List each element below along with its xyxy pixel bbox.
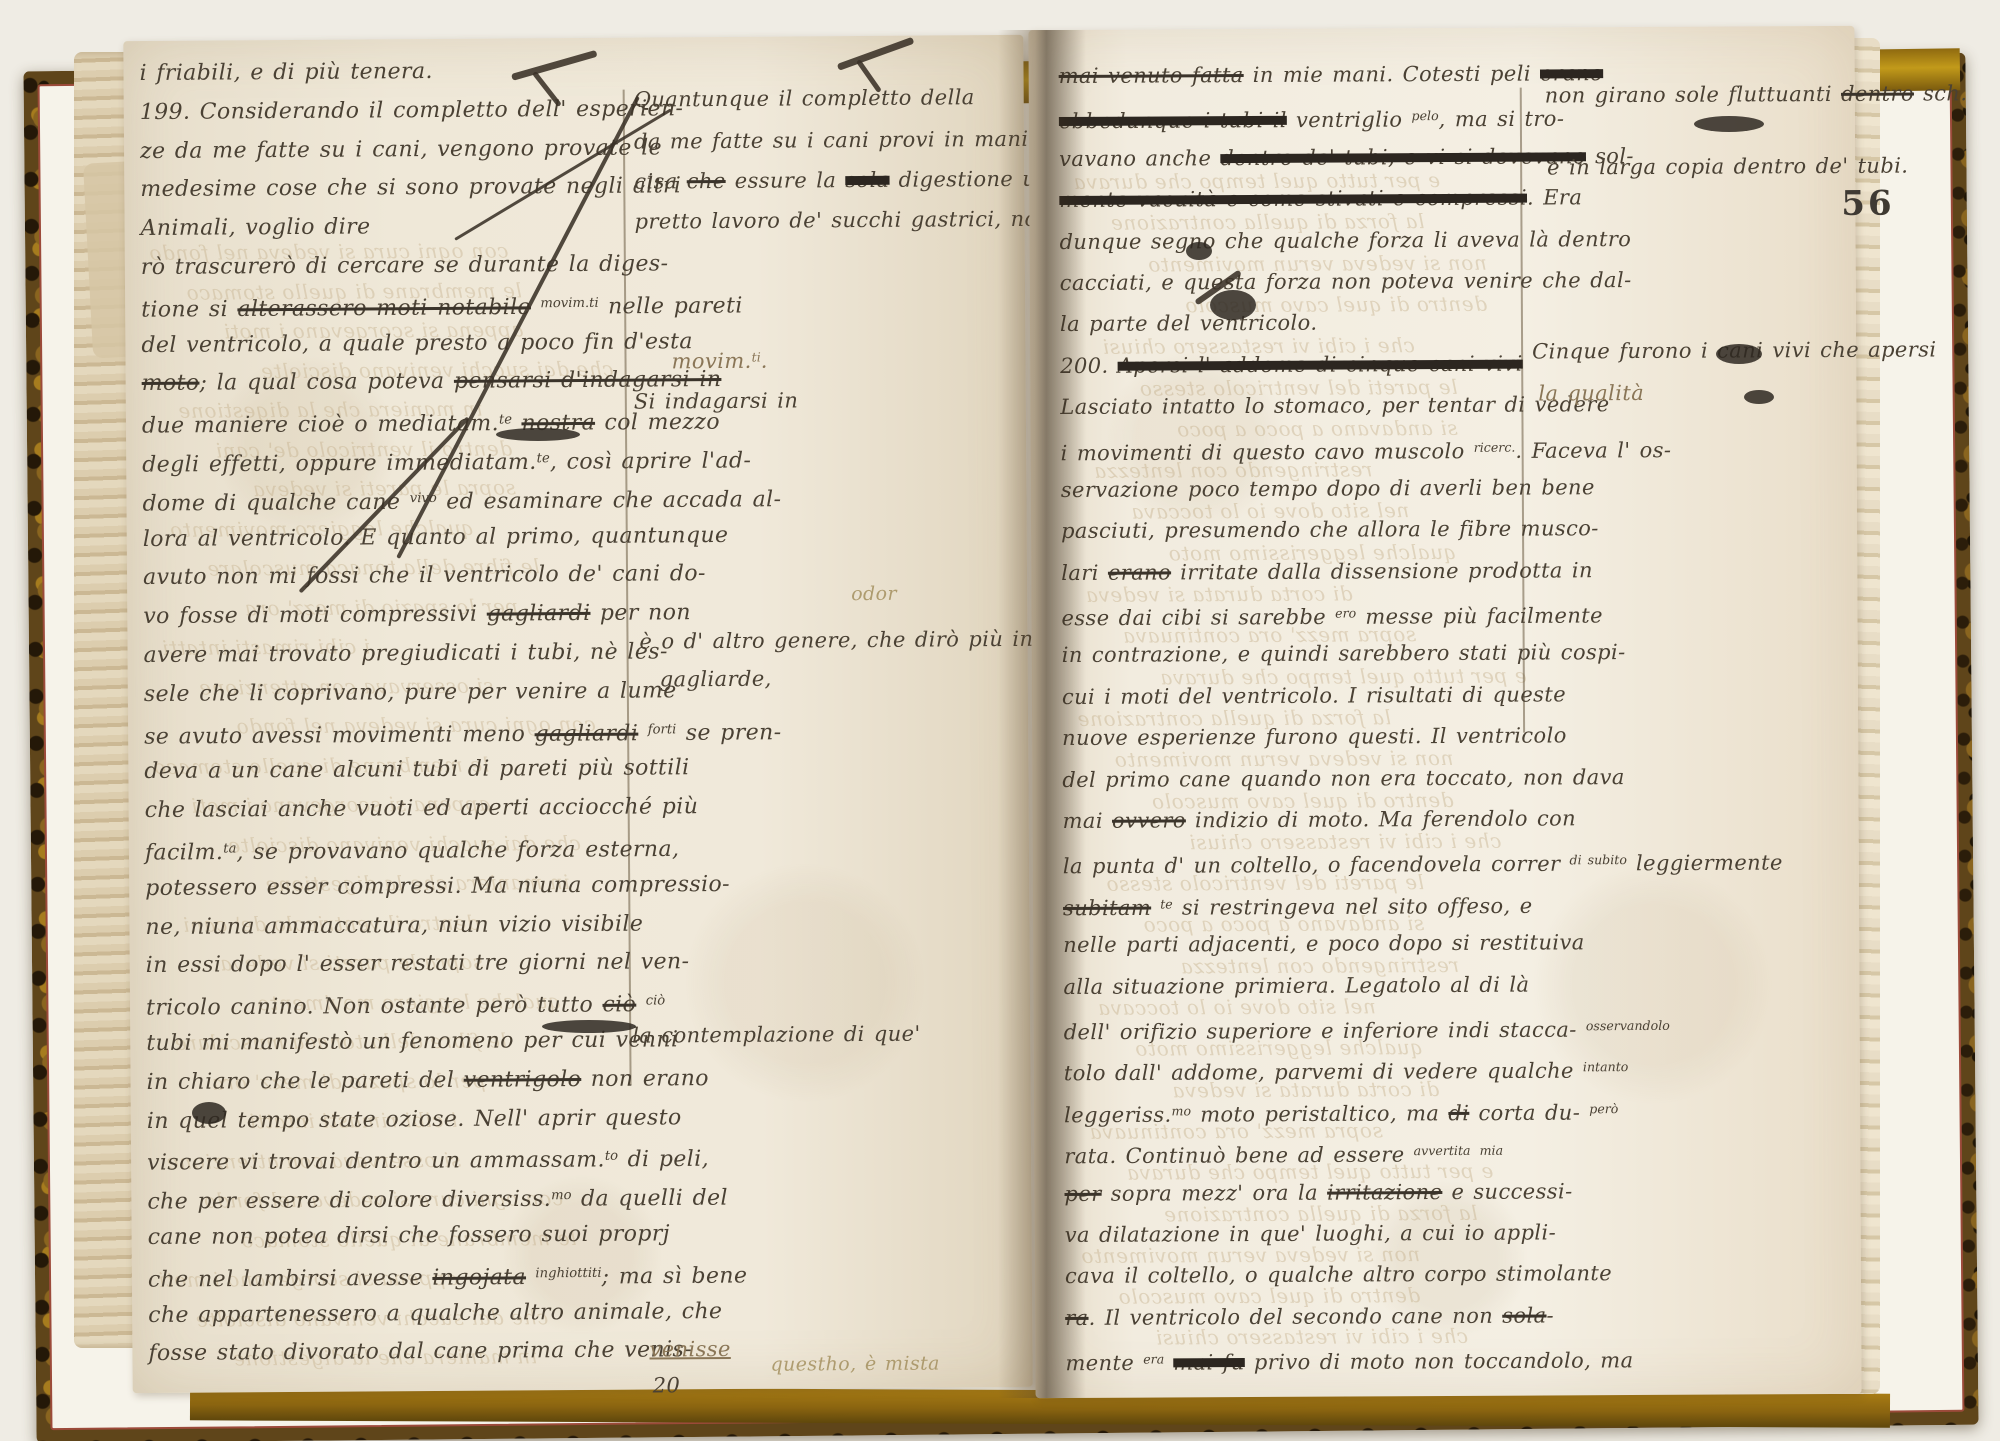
struck-text: dentro xyxy=(1841,82,1914,106)
handwritten-line: e in larga copia dentro de' tubi. xyxy=(1547,154,1908,180)
handwritten-line: Si indagarsi in xyxy=(634,388,799,413)
handwritten-line: Cinque furono i cani vivi che apersi xyxy=(1532,337,1936,363)
struck-text: che xyxy=(687,169,726,193)
left-page-revision-column: Quantunque il completto dellada me fatte… xyxy=(123,35,1032,1393)
handwritten-line: questho, è mista xyxy=(770,1353,939,1376)
handwritten-line: venisse xyxy=(649,1337,730,1362)
right-page-margin-notes: non girano sole fluttuanti dentro sch.e … xyxy=(1028,26,1861,1398)
struck-text: sola xyxy=(845,168,889,192)
inserted-text: ti xyxy=(752,349,761,364)
handwritten-line: la qualità xyxy=(1538,381,1644,406)
gutter-shadow xyxy=(998,30,1086,1398)
handwritten-line: movim.ti. xyxy=(671,349,767,374)
page-number: 56 xyxy=(1841,184,1895,224)
handwritten-line: Quantunque il completto della xyxy=(634,85,975,112)
right-manuscript-page: e per tutto quel tempo che duravala forz… xyxy=(1028,26,1861,1398)
handwritten-line: la contemplazione di que' xyxy=(632,1022,921,1048)
handwritten-line: odor xyxy=(851,584,897,606)
manuscript-photo: con ogni cura si vedeva nel fondole memb… xyxy=(0,0,2000,1441)
left-manuscript-page: con ogni cura si vedeva nel fondole memb… xyxy=(123,35,1032,1393)
handwritten-line: 20 xyxy=(653,1373,681,1397)
handwritten-line: gagliarde, xyxy=(660,667,772,692)
handwritten-line: non girano sole fluttuanti dentro sch. xyxy=(1545,81,1968,107)
